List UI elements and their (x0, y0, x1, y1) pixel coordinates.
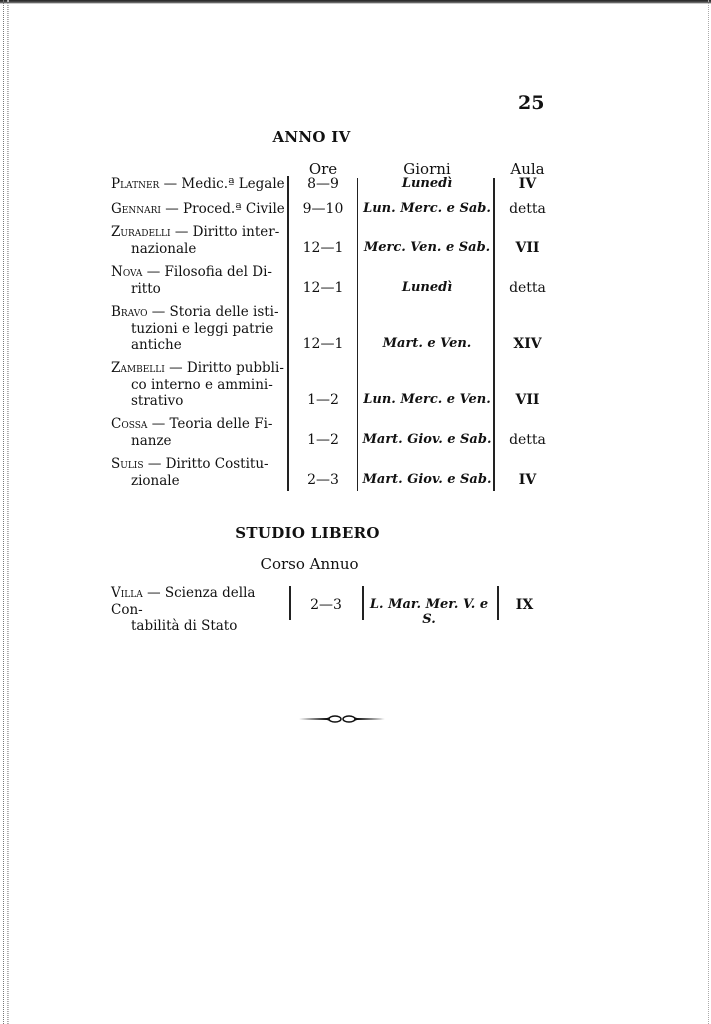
room-cell: VII (500, 240, 555, 256)
room-cell: detta (500, 280, 555, 296)
hours-cell: 8—9 (297, 176, 349, 192)
course-title: — Teoria delle Fi- (152, 416, 273, 432)
room-cell: IV (500, 472, 555, 488)
course-title: — Medic.ª Legale (164, 176, 285, 192)
ornament-rule-icon (297, 712, 387, 726)
page-top-edge (0, 0, 711, 4)
hours-cell: 1—2 (297, 432, 349, 448)
days-cell: Mart. Giov. e Sab. (362, 472, 492, 487)
room-cell: IX (497, 597, 552, 613)
hours-cell: 12—1 (297, 240, 349, 256)
course-title: — Diritto pubbli- (169, 360, 284, 376)
page-number: 25 (518, 92, 544, 114)
days-cell: Lun. Merc. e Sab. (362, 201, 492, 216)
course-title-cont: co interno e ammini- (111, 377, 286, 394)
hours-cell: 2—3 (297, 472, 349, 488)
hours-cell: 9—10 (297, 201, 349, 217)
professor-name: Bravo (111, 304, 147, 320)
section-title-anno-iv: ANNO IV (0, 128, 667, 146)
days-cell: Lunedì (362, 176, 492, 191)
column-rule-2 (357, 178, 358, 491)
bracket-rule-1 (289, 586, 291, 620)
page-left-edge-inner (8, 0, 9, 1024)
hours-cell: 12—1 (297, 336, 349, 352)
days-cell: Lun. Merc. e Ven. (362, 392, 492, 407)
professor-name: Villa (111, 585, 143, 601)
course-title: — Filosofia del Di- (147, 264, 272, 280)
hours-cell: 1—2 (297, 392, 349, 408)
course-title-cont: tabilità di Stato (111, 618, 286, 635)
course-title-cont: nazionale (111, 241, 286, 258)
days-cell: Mart. e Ven. (362, 336, 492, 351)
section-subtitle-corso-annuo: Corso Annuo (0, 555, 665, 573)
course-title-cont: ritto (111, 281, 286, 298)
room-cell: XIV (500, 336, 555, 352)
room-cell: VII (500, 392, 555, 408)
section-title-studio-libero: STUDIO LIBERO (0, 524, 663, 542)
column-rule-3 (493, 178, 495, 491)
days-cell: L. Mar. Mer. V. e S. (364, 597, 494, 627)
days-cell: Lunedì (362, 280, 492, 295)
professor-name: Nova (111, 264, 142, 280)
course-title: — Storia delle isti- (152, 304, 279, 320)
course-title-cont: antiche (111, 337, 286, 354)
professor-name: Zuradelli (111, 224, 171, 240)
days-cell: Merc. Ven. e Sab. (362, 240, 492, 255)
course-title: — Diritto inter- (175, 224, 279, 240)
course-title-cont: zionale (111, 473, 286, 490)
bracket-rule-2 (362, 586, 364, 620)
course-title-cont: nanze (111, 433, 286, 450)
course-title: — Proced.ª Civile (165, 201, 285, 217)
hours-cell: 12—1 (297, 280, 349, 296)
days-cell: Mart. Giov. e Sab. (362, 432, 492, 447)
hours-cell: 2—3 (300, 597, 352, 613)
professor-name: Gennari (111, 201, 161, 217)
course-title: — Diritto Costitu- (148, 456, 269, 472)
room-cell: detta (500, 201, 555, 217)
room-cell: detta (500, 432, 555, 448)
professor-name: Platner (111, 176, 159, 192)
professor-name: Cossa (111, 416, 147, 432)
column-rule-1 (287, 176, 289, 491)
page-right-edge (708, 0, 709, 1024)
bracket-rule-3 (497, 586, 499, 620)
course-title-cont: strativo (111, 393, 286, 410)
professor-name: Sulis (111, 456, 144, 472)
course-title-cont: tuzioni e leggi patrie (111, 321, 286, 338)
room-cell: IV (500, 176, 555, 192)
professor-name: Zambelli (111, 360, 165, 376)
